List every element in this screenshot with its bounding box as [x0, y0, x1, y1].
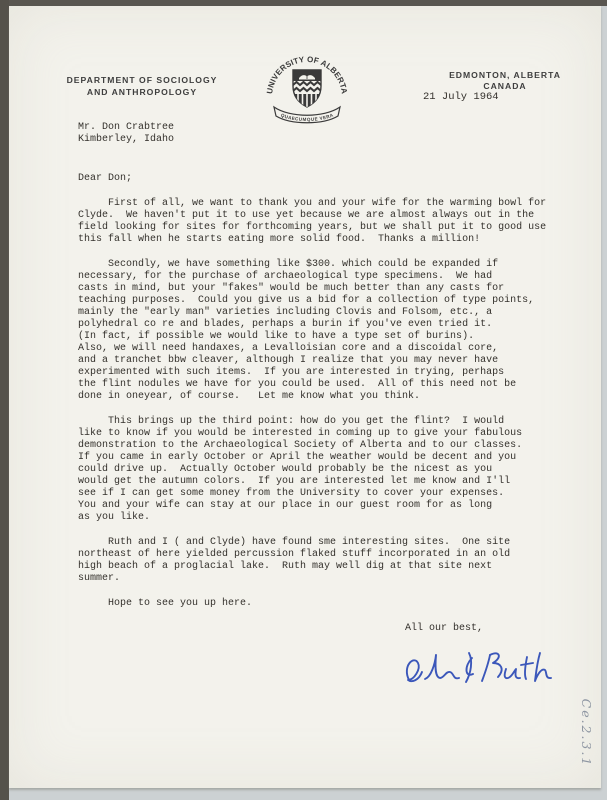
catalogue-annotation: Ce.2.3.1: [576, 678, 594, 788]
department-line2: AND ANTHROPOLOGY: [52, 87, 232, 99]
handwritten-signature: [393, 642, 563, 706]
letterhead-address: EDMONTON, ALBERTA CANADA: [435, 70, 575, 92]
salutation: Dear Don;: [78, 173, 578, 185]
letterhead-city: EDMONTON, ALBERTA: [435, 70, 575, 81]
paragraph-2: Secondly, we have something like $300. w…: [78, 259, 578, 403]
department-line1: DEPARTMENT OF SOCIOLOGY: [52, 75, 232, 87]
letter-date: 21 July 1964: [423, 91, 499, 103]
letter-body: Mr. Don Crabtree Kimberley, Idaho Dear D…: [78, 122, 578, 635]
paragraph-1: First of all, we want to thank you and y…: [78, 198, 578, 246]
scanned-letter: DEPARTMENT OF SOCIOLOGY AND ANTHROPOLOGY…: [0, 0, 607, 800]
paragraph-5: Hope to see you up here.: [78, 598, 578, 610]
recipient-address: Mr. Don Crabtree Kimberley, Idaho: [78, 122, 578, 146]
scan-edge-left: [0, 0, 9, 800]
paragraph-3: This brings up the third point: how do y…: [78, 416, 578, 524]
department-name: DEPARTMENT OF SOCIOLOGY AND ANTHROPOLOGY: [52, 75, 232, 98]
university-crest-icon: UNIVERSITY OF ALBERTA: [257, 44, 357, 130]
closing-line: All our best,: [405, 623, 578, 635]
paragraph-4: Ruth and I ( and Clyde) have found sme i…: [78, 537, 578, 585]
letter-paper: DEPARTMENT OF SOCIOLOGY AND ANTHROPOLOGY…: [9, 6, 601, 788]
